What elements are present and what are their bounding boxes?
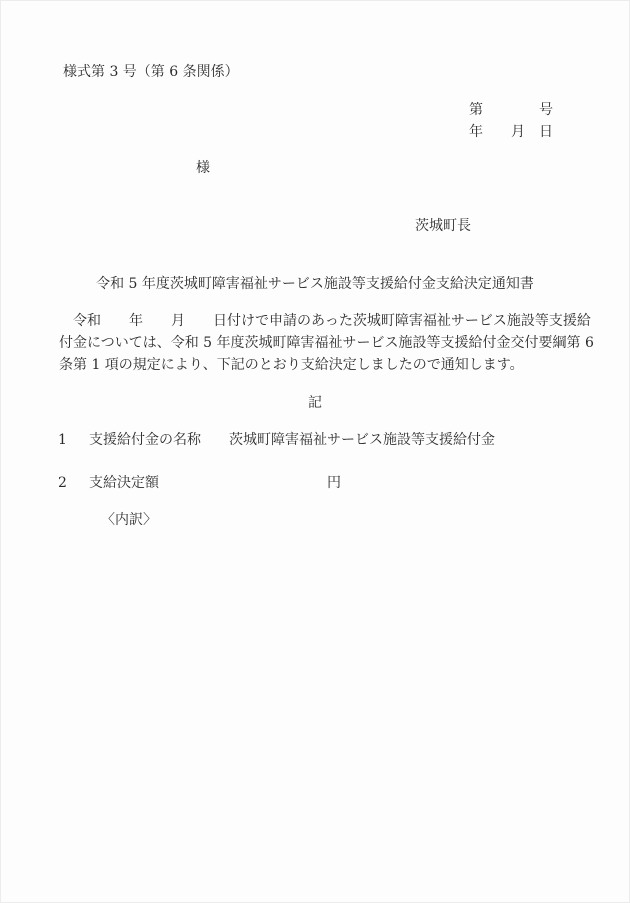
breakdown-label: 〈内訳〉: [101, 512, 157, 530]
sender-name: 茨城町長: [415, 218, 471, 236]
form-number: 様式第 3 号（第 6 条関係）: [63, 64, 239, 82]
item-2-amount-unit: 円: [327, 475, 341, 493]
document-page: 様式第 3 号（第 6 条関係） 第 号 年 月 日 様 茨城町長 令和 5 年…: [0, 0, 630, 903]
date-day-label: 日: [539, 124, 553, 142]
document-title: 令和 5 年度茨城町障害福祉サービス施設等支援給付金支給決定通知書: [1, 276, 629, 294]
addressee-honorific: 様: [196, 160, 210, 178]
body-line-1: 令和 年 月 日付けで申請のあった茨城町障害福祉サービス施設等支援給: [59, 313, 591, 331]
item-2-number: 2: [58, 475, 67, 493]
item-2-label: 支給決定額: [89, 475, 159, 493]
date-month-label: 月: [511, 124, 525, 142]
doc-number-prefix: 第: [469, 102, 483, 120]
body-line-2: 付金については、令和 5 年度茨城町障害福祉サービス施設等支援給付金交付要綱第 …: [59, 335, 594, 353]
record-heading: 記: [1, 395, 629, 413]
item-1-label: 支援給付金の名称: [89, 432, 201, 450]
item-1-value: 茨城町障害福祉サービス施設等支援給付金: [229, 432, 495, 450]
doc-number-suffix: 号: [539, 102, 553, 120]
date-year-label: 年: [469, 124, 483, 142]
item-1-number: 1: [58, 432, 67, 450]
body-line-3: 条第 1 項の規定により、下記のとおり支給決定しましたので通知します。: [59, 357, 524, 375]
